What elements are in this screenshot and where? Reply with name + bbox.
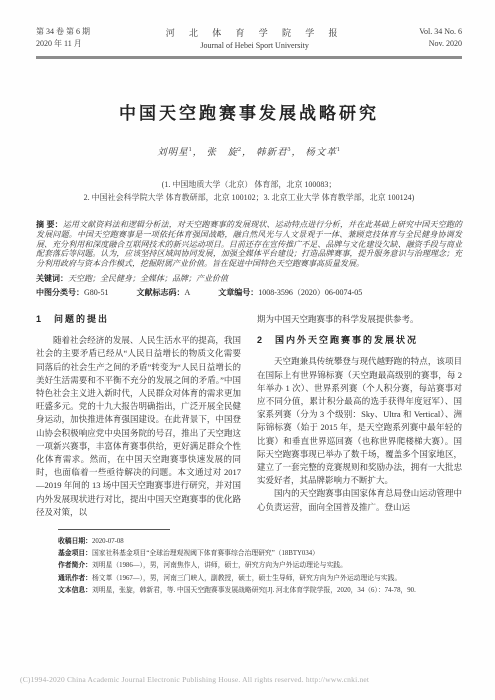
cnki-watermark: (C)1994-2020 China Academic Journal Elec…	[20, 675, 369, 684]
clc-group: 中图分类号：G80-51	[36, 288, 108, 297]
article-id-value: 1008-3596（2020）06-0074-05	[258, 288, 362, 297]
article-title: 中国天空跑赛事发展战略研究	[36, 99, 462, 124]
footnote-item: 收稿日期：2020-07-08	[58, 536, 462, 548]
section-1-heading: 1 问题的提出	[36, 313, 241, 326]
article-id-label: 文章编号：	[218, 288, 258, 297]
clc-value: G80-51	[84, 288, 108, 297]
section-2-paragraph-2: 国内的天空跑赛事由国家体育总局登山运动管理中心负责运营，面向全国普及推广。登山运	[257, 487, 462, 513]
abstract-paragraph: 摘 要：运用文献资料法和逻辑分析法，对天空跑赛事的发展现状、运动特点进行分析，并…	[36, 220, 462, 269]
vol-no-line: Vol. 34 No. 6	[419, 26, 462, 38]
date-line: 2020 年 11 月	[36, 38, 90, 50]
footnote-rule	[58, 529, 170, 530]
author-name: 杨文革1	[305, 148, 341, 158]
abstract-label: 摘 要：	[36, 220, 63, 229]
doc-code-value: A	[184, 288, 190, 297]
journal-name: 河 北 体 育 学 院 学 报 Journal of Hebei Sport U…	[90, 26, 419, 52]
footnote-item: 作者简介：刘明星（1986—），男，河南焦作人，讲师，硕士，研究方向为户外运动理…	[58, 560, 462, 572]
affiliations: (1. 中国地质大学（北京） 体育部，北京 100083； 2. 中国社会科学院…	[36, 178, 462, 204]
classification-line: 中图分类号：G80-51 文献标志码：A 文章编号：1008-3596（2020…	[36, 286, 462, 299]
affiliation-line-1: (1. 中国地质大学（北京） 体育部，北京 100083；	[36, 178, 462, 191]
journal-page: 第 34 卷 第 6 期 2020 年 11 月 河 北 体 育 学 院 学 报…	[0, 0, 495, 700]
footnote-item: 基金项目：国家社科基金项目“全球治理观视阈下体育赛事综合治理研究”（18BTY0…	[58, 548, 462, 560]
abstract-text: 运用文献资料法和逻辑分析法，对天空跑赛事的发展现状、运动特点进行分析，并在此基础…	[36, 220, 462, 268]
journal-name-cn: 河 北 体 育 学 院 学 报	[90, 26, 419, 39]
footnotes-block: 收稿日期：2020-07-08基金项目：国家社科基金项目“全球治理观视阈下体育赛…	[58, 536, 462, 597]
footnote-item: 通讯作者：杨文革（1967—），男，河南三门峡人，副教授，硕士，硕士生导师，研究…	[58, 573, 462, 585]
keywords-text: 天空跑；全民健身；全媒体；品牌；产业价值	[68, 274, 228, 283]
keywords-line: 关键词：天空跑；全民健身；全媒体；品牌；产业价值	[36, 272, 462, 285]
author-name: 刘明星1	[157, 148, 193, 158]
carryover-line: 期为中国天空跑赛事的科学发展提供参考。	[257, 313, 462, 326]
journal-name-en: Journal of Hebei Sport University	[90, 39, 419, 52]
journal-masthead: 第 34 卷 第 6 期 2020 年 11 月 河 北 体 育 学 院 学 报…	[36, 26, 462, 52]
left-column: 1 问题的提出 随着社会经济的发展、人民生活水平的提高，我国社会的主要矛盾已经从…	[36, 313, 241, 519]
month-line: Nov. 2020	[419, 38, 462, 50]
section-1-paragraph: 随着社会经济的发展、人民生活水平的提高，我国社会的主要矛盾已经从“人民日益增长的…	[36, 334, 241, 519]
author-name: 张 旋2	[207, 148, 243, 158]
clc-label: 中图分类号：	[36, 288, 84, 297]
article-id-group: 文章编号：1008-3596（2020）06-0074-05	[218, 288, 362, 297]
author-list: 刘明星1， 张 旋2， 韩新君3， 杨文革1	[36, 144, 462, 158]
volume-issue-cn: 第 34 卷 第 6 期 2020 年 11 月	[36, 26, 90, 50]
volume-issue-en: Vol. 34 No. 6 Nov. 2020	[419, 26, 462, 50]
body-columns: 1 问题的提出 随着社会经济的发展、人民生活水平的提高，我国社会的主要矛盾已经从…	[36, 313, 462, 519]
footnote-item: 文本信息：刘明星，张旋，韩新君，等. 中国天空跑赛事发展战略研究[J]. 河北体…	[58, 585, 462, 597]
author-name: 韩新君3	[256, 148, 292, 158]
doc-code-group: 文献标志码：A	[136, 288, 190, 297]
header-rule	[36, 56, 462, 59]
doc-code-label: 文献标志码：	[136, 288, 184, 297]
right-column: 期为中国天空跑赛事的科学发展提供参考。 2 国内外天空跑赛事的发展状况 天空跑兼…	[257, 313, 462, 519]
volume-line: 第 34 卷 第 6 期	[36, 26, 90, 38]
keywords-label: 关键词：	[36, 274, 68, 283]
section-2-heading: 2 国内外天空跑赛事的发展状况	[257, 334, 462, 347]
section-2-paragraph-1: 天空跑兼具传统攀登与现代越野跑的特点，该项目在国际上有世界锦标赛（天空跑最高级别…	[257, 355, 462, 487]
affiliation-line-2: 2. 中国社会科学院大学 体育教研部，北京 100102；3. 北京工业大学 体…	[36, 191, 462, 204]
